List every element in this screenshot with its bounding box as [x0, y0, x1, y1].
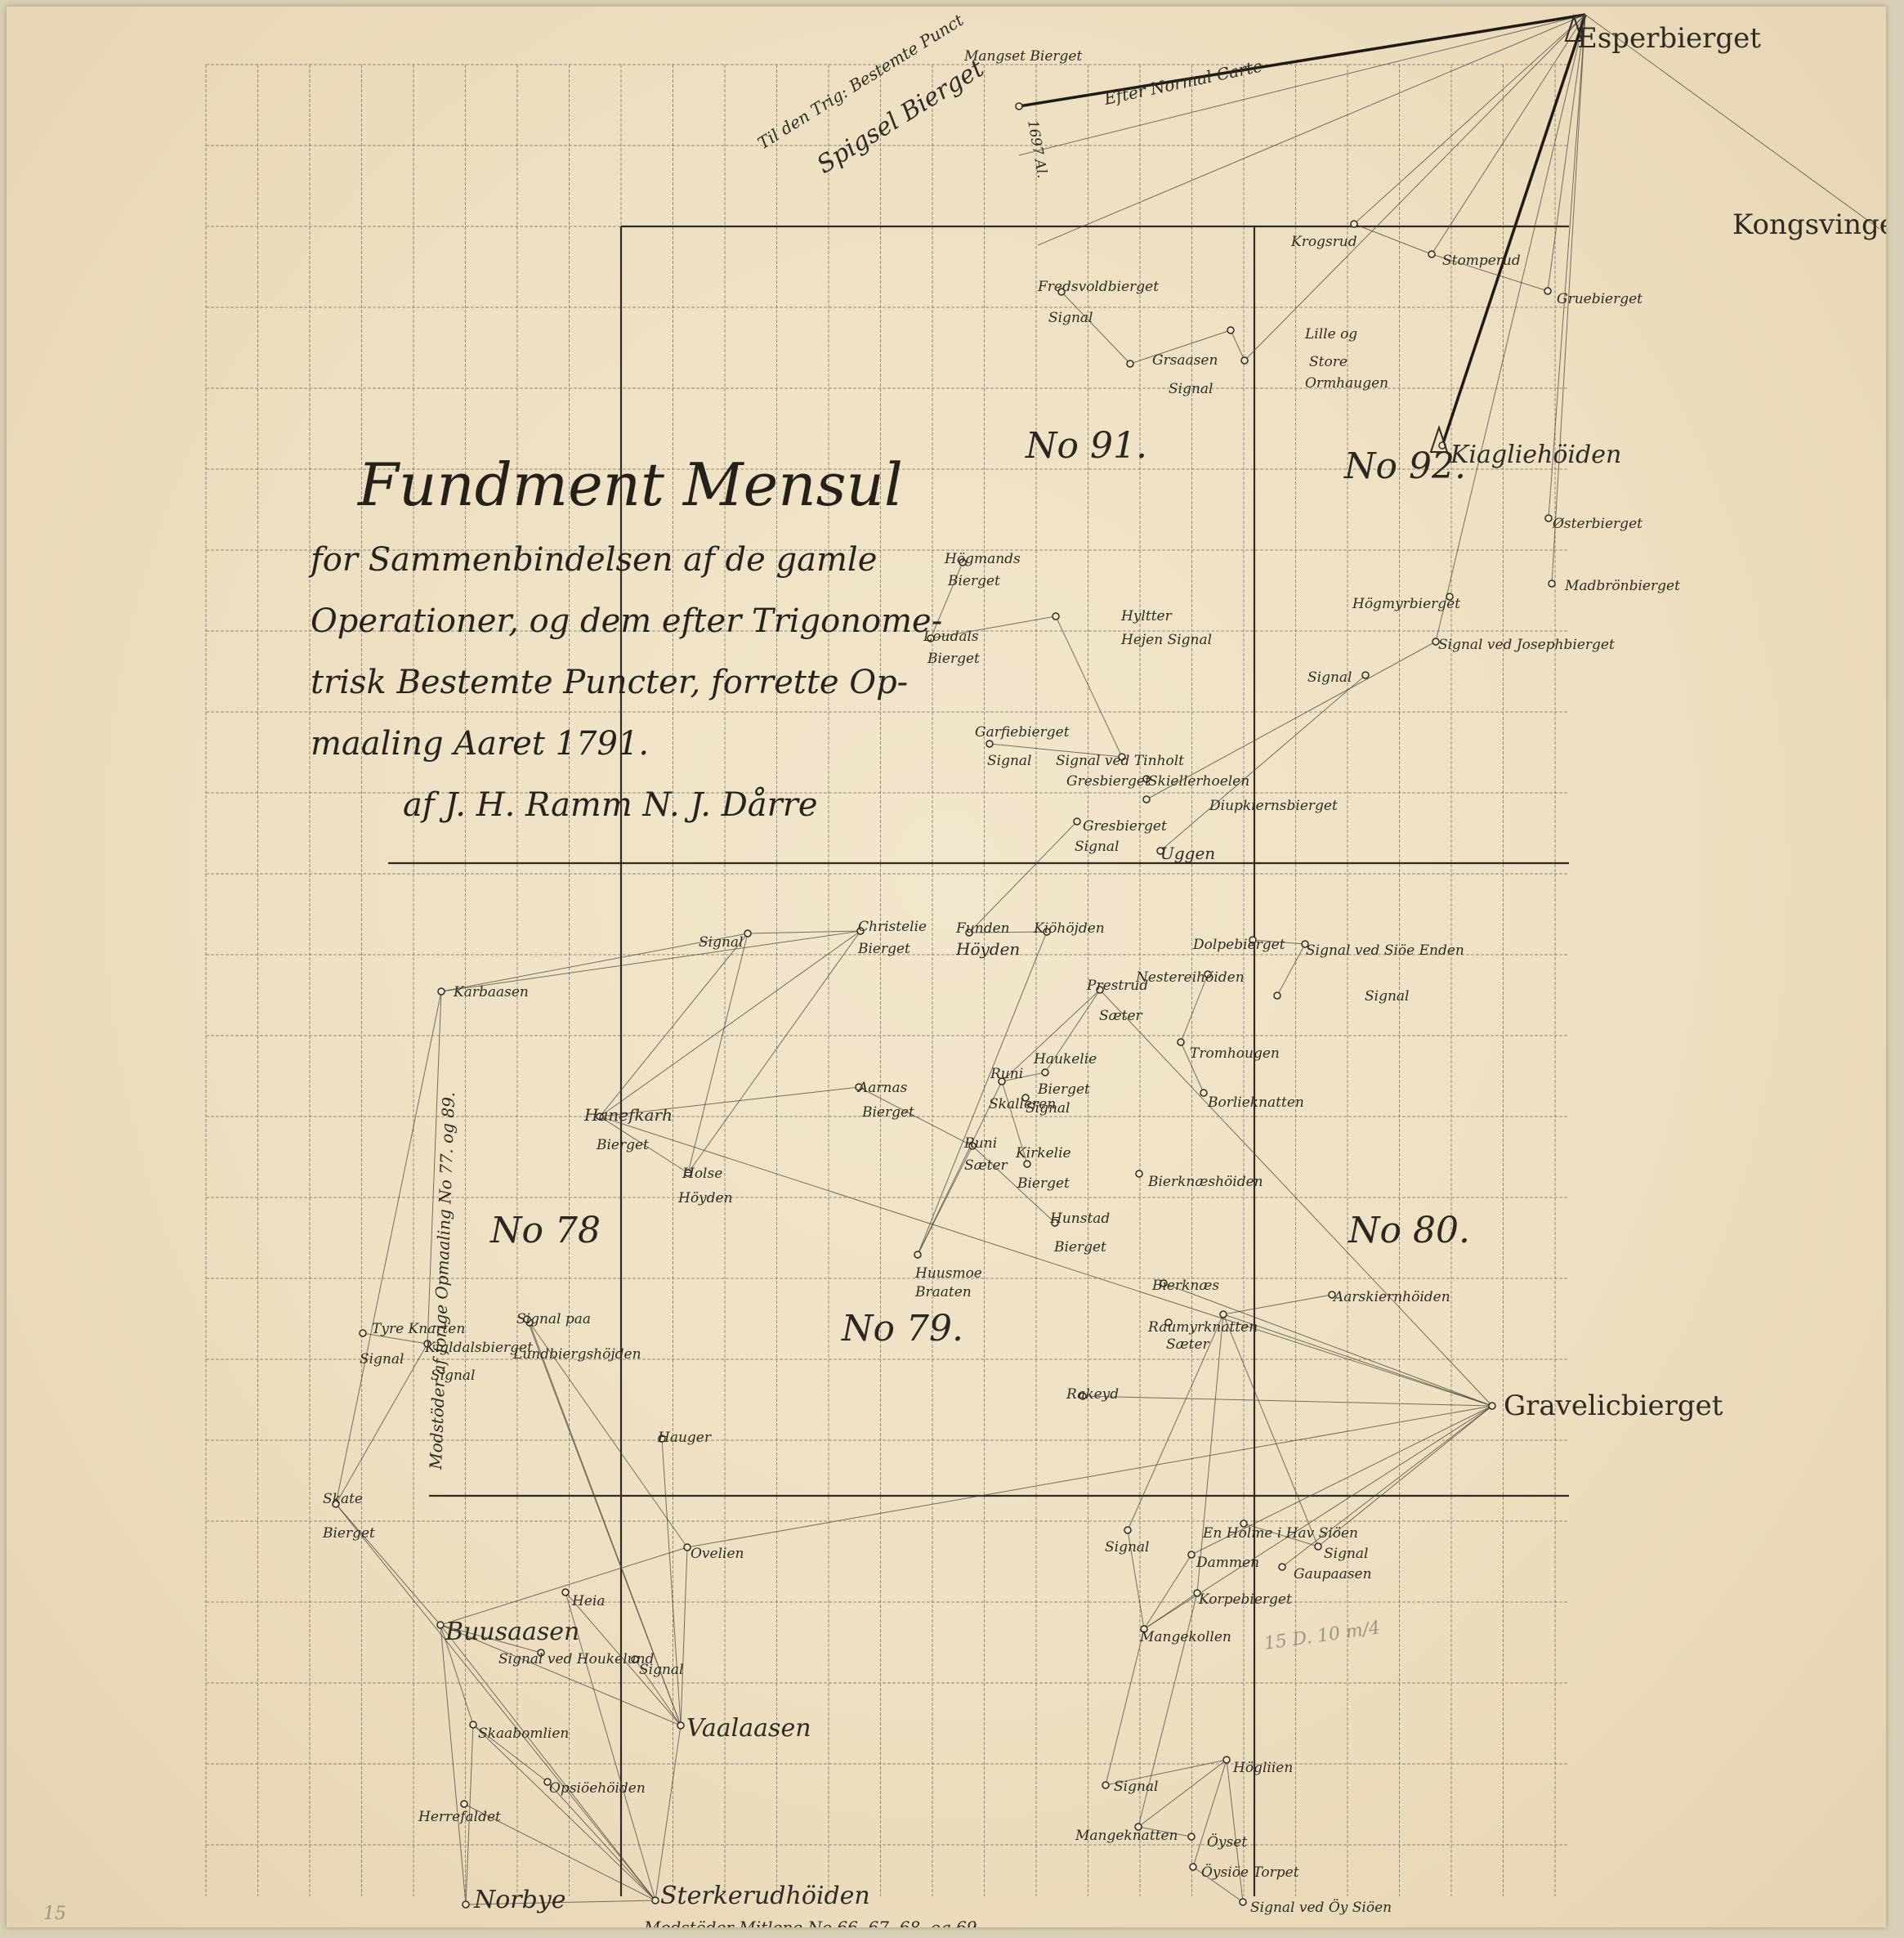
- survey-point-marker: [1544, 288, 1551, 294]
- place-label: Lundbiergshöjden: [512, 1346, 641, 1363]
- survey-point-marker: [360, 1330, 366, 1336]
- place-label: Sæter: [964, 1157, 1008, 1174]
- sight-line: [548, 1782, 655, 1900]
- sight-line: [1436, 15, 1585, 642]
- place-label: Ormhaugen: [1305, 375, 1388, 392]
- place-label: Hyltter: [1120, 608, 1173, 624]
- place-label: Högliien: [1232, 1760, 1293, 1776]
- place-label: Huusmoe: [914, 1265, 982, 1282]
- place-label: Bierget: [947, 573, 1000, 589]
- place-label: Bierknæs: [1151, 1278, 1219, 1294]
- sight-line: [655, 1725, 681, 1900]
- survey-point-marker: [1074, 818, 1080, 825]
- sheet-number: No 79.: [841, 1308, 963, 1349]
- place-label: Garfiebierget: [975, 724, 1070, 741]
- survey-point-marker: [986, 741, 993, 747]
- place-label: Runi: [963, 1135, 997, 1152]
- sight-line: [1354, 224, 1432, 254]
- title-block: Fundment Mensul for Sammenbindelsen af d…: [308, 450, 942, 824]
- survey-point-marker: [1200, 1090, 1207, 1096]
- sight-line: [1223, 1314, 1318, 1546]
- place-label: Signal: [1026, 1100, 1070, 1117]
- sight-line: [336, 991, 441, 1504]
- place-label: Norbye: [473, 1886, 566, 1914]
- note-small-rotated: 1697 Al.: [1024, 119, 1050, 179]
- place-label: Prestrud: [1086, 978, 1148, 994]
- place-label: Signal: [1075, 839, 1120, 855]
- place-label: Signal: [987, 753, 1032, 769]
- sheet-number: No 78: [489, 1210, 601, 1251]
- place-label: Bierknæshöiden: [1147, 1174, 1263, 1190]
- sheet-number: No 80.: [1348, 1210, 1470, 1251]
- place-label: Kongsvinger: [1732, 208, 1886, 241]
- survey-point-marker: [1545, 515, 1552, 521]
- survey-point-marker: [1428, 251, 1435, 257]
- sight-line: [1223, 1314, 1492, 1406]
- place-label: Bierget: [1053, 1239, 1106, 1255]
- sight-line: [688, 931, 860, 1173]
- place-label: Esperbierget: [1577, 22, 1761, 55]
- place-label: Stomperud: [1442, 253, 1521, 269]
- sight-line: [336, 1504, 440, 1625]
- survey-point-marker: [914, 1251, 921, 1258]
- survey-point-marker: [684, 1544, 691, 1551]
- place-label: Mangekollen: [1139, 1629, 1231, 1645]
- sight-line: [440, 1625, 466, 1904]
- survey-point-marker: [1102, 1782, 1109, 1788]
- place-label: Signal: [360, 1351, 404, 1367]
- survey-point-marker: [1315, 1543, 1321, 1550]
- place-label: Karbaasen: [453, 984, 529, 1000]
- place-label: Runi: [990, 1066, 1023, 1082]
- place-label: Borlieknatten: [1207, 1094, 1304, 1111]
- survey-point-marker: [438, 988, 445, 995]
- survey-point-marker: [1143, 796, 1150, 803]
- place-label: Heia: [571, 1593, 605, 1609]
- place-label: Signal: [1324, 1546, 1369, 1562]
- place-label: Högmyrbierget: [1352, 596, 1460, 612]
- place-label: Öyset: [1207, 1833, 1247, 1851]
- survey-point-marker: [1016, 103, 1022, 110]
- survey-point-marker: [1351, 221, 1357, 227]
- survey-point-marker: [677, 1722, 684, 1729]
- sight-line: [1144, 1555, 1191, 1629]
- place-label: Hanefkarh: [583, 1105, 673, 1125]
- place-label: Mangset Bierget: [963, 48, 1082, 65]
- sight-line: [1223, 1295, 1332, 1314]
- place-label: Sæter: [1166, 1336, 1210, 1353]
- survey-point-marker: [744, 930, 751, 937]
- survey-point-marker: [1223, 1757, 1230, 1763]
- place-label: Herrefaldet: [418, 1809, 501, 1825]
- survey-point-marker: [1240, 1899, 1246, 1905]
- survey-point-marker: [1227, 327, 1234, 333]
- place-label: Signal: [1169, 381, 1213, 397]
- place-label: Krogsrud: [1290, 234, 1357, 250]
- sight-line: [1548, 15, 1585, 291]
- survey-point-marker: [1362, 672, 1369, 678]
- place-label: Sterkerudhöiden: [660, 1882, 870, 1910]
- place-label: Höyden: [677, 1190, 733, 1206]
- place-label: Raumyrknatten: [1147, 1319, 1258, 1336]
- place-label: Braaten: [914, 1284, 972, 1300]
- sight-line: [918, 932, 1047, 1255]
- place-label: Signal: [1048, 310, 1093, 326]
- sheet-number: No 92.: [1343, 445, 1466, 487]
- sight-line: [600, 931, 860, 1117]
- survey-point-marker: [1124, 1527, 1131, 1533]
- survey-point-marker: [652, 1897, 659, 1904]
- survey-point-marker: [1190, 1864, 1196, 1870]
- sight-line: [1432, 15, 1585, 254]
- place-label: Signal ved Öy Siöen: [1250, 1899, 1392, 1916]
- place-label: Gresbierget: [1066, 773, 1151, 790]
- place-label: Höyden: [955, 939, 1020, 959]
- note-vertical-left: Modstöder af forige Opmaaling No 77. og …: [426, 1091, 458, 1470]
- map-title: Fundment Mensul: [356, 450, 903, 519]
- place-label: Bierget: [861, 1104, 914, 1121]
- page-number: 15: [43, 1904, 66, 1924]
- place-label: Vaalaasen: [686, 1714, 811, 1743]
- note-spigsel-bierget: Spigsel Bierget: [812, 54, 990, 180]
- pencil-scale-note: 15 D. 10 m/4: [1263, 1618, 1381, 1654]
- survey-map: EsperbiergetKongsvingerMangset BiergetKr…: [7, 7, 1886, 1927]
- place-label: Bierget: [596, 1137, 649, 1153]
- sight-line: [1193, 1760, 1227, 1867]
- title-line-4: maaling Aaret 1791.: [311, 725, 649, 763]
- place-label: Skiellerhoelen: [1148, 773, 1249, 790]
- sight-line: [969, 821, 1077, 933]
- place-label: Skaabomlien: [478, 1725, 569, 1742]
- survey-point-marker: [1220, 1311, 1227, 1318]
- sight-line: [441, 931, 860, 991]
- place-label: Signal: [639, 1662, 684, 1678]
- place-label: Grsaasen: [1152, 352, 1218, 369]
- survey-point-marker: [1188, 1833, 1195, 1840]
- place-label: Hejen Signal: [1120, 632, 1212, 648]
- survey-point-marker: [1136, 1170, 1142, 1177]
- place-label: Sæter: [1099, 1008, 1143, 1024]
- survey-point-marker: [1024, 1161, 1030, 1167]
- place-label: Korpebierget: [1198, 1591, 1292, 1608]
- sight-line: [600, 933, 748, 1117]
- place-label: Rakeyd: [1066, 1386, 1119, 1403]
- note-bottom: Modstöder Mitlene No 66, 67, 68, og 69.: [643, 1918, 982, 1927]
- sight-line: [1282, 1406, 1492, 1567]
- place-label: Aarnas: [856, 1080, 908, 1096]
- place-label: Gresbierget: [1083, 818, 1167, 835]
- sight-line: [688, 933, 748, 1173]
- survey-point-marker: [1279, 1564, 1285, 1570]
- place-label: Gruebierget: [1557, 291, 1643, 307]
- place-label: Haukelie: [1033, 1051, 1097, 1067]
- sight-line: [1083, 1396, 1492, 1406]
- place-label: Holse: [682, 1166, 722, 1182]
- sight-line: [1231, 330, 1245, 360]
- place-label: Fredsvoldbierget: [1037, 279, 1159, 295]
- place-label: Store: [1309, 354, 1348, 370]
- place-label: Nestereihöiden: [1135, 969, 1245, 986]
- place-label: Tyre Knarten: [372, 1321, 465, 1337]
- sight-line: [1062, 292, 1130, 364]
- sight-line: [1106, 1629, 1144, 1785]
- survey-point-marker: [1178, 1039, 1184, 1045]
- place-label: Signal: [1114, 1779, 1159, 1795]
- place-label: Uggen: [1160, 844, 1215, 863]
- place-label: Högmands: [944, 551, 1021, 567]
- survey-point-marker: [1127, 360, 1133, 367]
- sight-line: [440, 1547, 687, 1625]
- place-label: Signal: [1307, 669, 1352, 686]
- place-label: Buusaasen: [445, 1618, 579, 1646]
- place-label: Bierget: [857, 941, 910, 957]
- title-line-2: Operationer, og dem efter Trigonome-: [311, 602, 942, 640]
- survey-point-marker: [461, 1801, 467, 1807]
- sight-line: [687, 1406, 1492, 1547]
- place-label: Bierget: [322, 1525, 375, 1542]
- place-label: En Holme i Hav Siöen: [1202, 1525, 1358, 1542]
- survey-point-marker: [1053, 613, 1059, 620]
- sight-line: [1160, 675, 1365, 851]
- sheet-number: No 91.: [1025, 425, 1147, 467]
- place-label: Signal ved Siöe Enden: [1306, 942, 1464, 959]
- map-sheet: EsperbiergetKongsvingerMangset BiergetKr…: [7, 7, 1886, 1927]
- place-label: Ovelien: [691, 1546, 744, 1562]
- sight-line: [681, 1547, 687, 1725]
- place-label: Bierget: [1037, 1081, 1090, 1098]
- survey-point-marker: [470, 1721, 476, 1728]
- place-labels: EsperbiergetKongsvingerMangset BiergetKr…: [322, 22, 1886, 1916]
- place-label: Bierget: [927, 651, 980, 667]
- place-label: Kiöhöjden: [1033, 920, 1105, 937]
- sight-line: [336, 1504, 655, 1900]
- survey-point-marker: [1188, 1551, 1195, 1558]
- survey-point-marker: [463, 1901, 469, 1908]
- place-label: Opsiöehöiden: [549, 1780, 646, 1797]
- place-label: Hauger: [657, 1430, 712, 1446]
- place-label: Madbrönbierget: [1564, 578, 1680, 594]
- survey-point-marker: [562, 1589, 569, 1596]
- place-label: Signal ved Houkelund: [498, 1651, 655, 1667]
- place-label: Signal paa: [516, 1311, 591, 1327]
- place-label: Aarskiernhöiden: [1332, 1289, 1450, 1305]
- place-label: Signal: [1365, 988, 1410, 1005]
- place-label: Kiagliehöiden: [1450, 441, 1621, 469]
- survey-point-marker: [1274, 992, 1281, 999]
- place-label: Signal ved Tinholt: [1056, 753, 1184, 769]
- place-label: Kirkelie: [1015, 1145, 1071, 1161]
- title-line-3: trisk Bestemte Puncter, forrette Op-: [311, 664, 908, 701]
- place-label: Lille og: [1304, 326, 1357, 342]
- place-label: Gravelicbierget: [1504, 1390, 1723, 1422]
- place-label: Signal: [1105, 1539, 1150, 1555]
- place-label: Dolpebierget: [1192, 937, 1285, 953]
- place-label: Öysiöe Torpet: [1201, 1864, 1299, 1881]
- survey-point-marker: [437, 1622, 444, 1628]
- place-label: Mangeknatten: [1075, 1828, 1178, 1844]
- survey-point-marker: [1549, 580, 1555, 587]
- place-label: Bierget: [1017, 1175, 1070, 1192]
- place-label: Hunstad: [1049, 1211, 1110, 1227]
- place-label: Signal ved Josephbierget: [1438, 637, 1615, 653]
- place-label: Skate: [323, 1491, 363, 1507]
- place-label: Funden: [955, 920, 1010, 937]
- place-label: Østerbierget: [1552, 516, 1643, 532]
- survey-point-marker: [1489, 1403, 1495, 1409]
- survey-point-marker: [1042, 1069, 1048, 1076]
- place-label: Gaupaasen: [1294, 1566, 1372, 1582]
- title-authors: af J. H. Ramm N. J. Dårre: [403, 786, 818, 824]
- place-label: Christelie: [858, 919, 927, 935]
- place-label: Signal: [699, 934, 744, 951]
- place-label: Tromhougen: [1190, 1045, 1280, 1062]
- place-label: Dammen: [1196, 1555, 1259, 1571]
- title-line-1: for Sammenbindelsen af de gamle: [308, 541, 877, 579]
- place-label: Diupkiernsbierget: [1209, 798, 1338, 814]
- survey-point-marker: [1241, 357, 1248, 364]
